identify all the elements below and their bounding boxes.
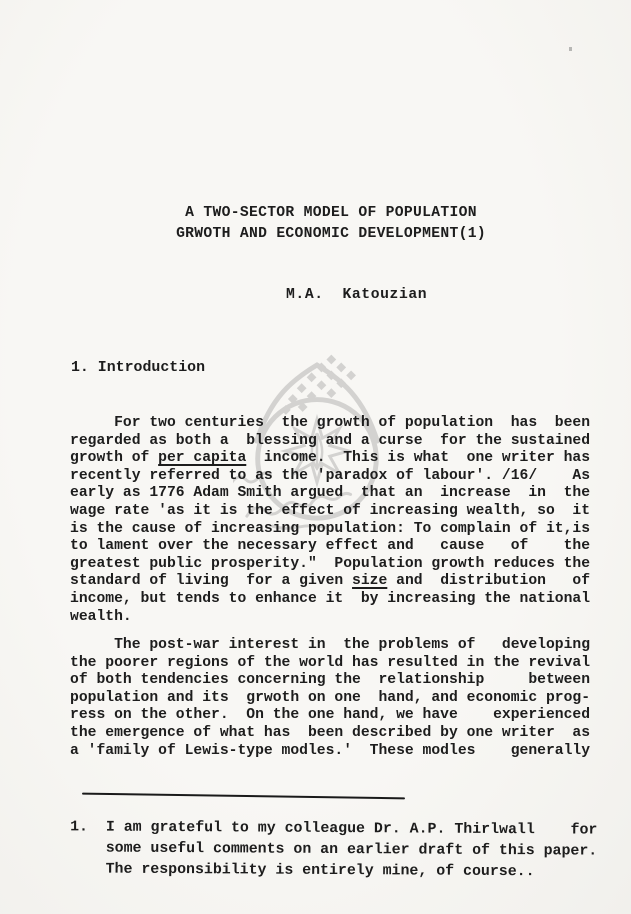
paragraph-1: For two centuries the growth of populati… — [70, 415, 590, 626]
text-line: to lament over the necessary effect and … — [70, 538, 590, 556]
footnote-rule — [82, 793, 405, 800]
text-line: the emergence of what has been described… — [70, 725, 590, 743]
text-line: income, but tends to enhance it by incre… — [70, 591, 590, 609]
text-line: The responsibility is entirely mine, of … — [70, 859, 597, 883]
text-line: For two centuries the growth of populati… — [70, 415, 590, 433]
paragraph-2: The post-war interest in the problems of… — [70, 637, 590, 760]
paper-title-line-1: A TWO-SECTOR MODEL OF POPULATION — [70, 203, 592, 224]
text-line: growth of per capita income. This is wha… — [70, 450, 590, 468]
text-line: regarded as both a blessing and a curse … — [70, 433, 590, 451]
text-line: wage rate 'as it is the effect of increa… — [70, 503, 590, 521]
text-line: greatest public prosperity." Population … — [70, 556, 590, 574]
section-heading: 1. Introduction — [71, 360, 205, 376]
text-line: standard of living for a given size and … — [70, 573, 590, 591]
text-line: a 'family of Lewis-type modles.' These m… — [70, 743, 590, 761]
text-line: is the cause of increasing population: T… — [70, 521, 590, 539]
text-line: ress on the other. On the one hand, we h… — [70, 707, 590, 725]
scan-speck — [569, 47, 572, 51]
text-line: early as 1776 Adam Smith argued that an … — [70, 485, 590, 503]
text-line: of both tendencies concerning the relati… — [70, 672, 590, 690]
text-line: some useful comments on an earlier draft… — [70, 838, 597, 862]
author-name: M.A. Katouzian — [286, 287, 427, 303]
text-line: recently referred to as the 'paradox of … — [70, 468, 590, 486]
text-line: 1. I am grateful to my colleague Dr. A.P… — [70, 817, 597, 841]
text-line: The post-war interest in the problems of… — [70, 637, 590, 655]
paper-title: A TWO-SECTOR MODEL OF POPULATION GRWOTH … — [70, 203, 592, 245]
paper-title-line-2: GRWOTH AND ECONOMIC DEVELOPMENT(1) — [70, 224, 592, 245]
footnote: 1. I am grateful to my colleague Dr. A.P… — [70, 817, 598, 883]
text-line: wealth. — [70, 609, 590, 627]
scanned-paper-page: A TWO-SECTOR MODEL OF POPULATION GRWOTH … — [0, 0, 631, 914]
text-line: population and its grwoth on one hand, a… — [70, 690, 590, 708]
text-line: the poorer regions of the world has resu… — [70, 655, 590, 673]
